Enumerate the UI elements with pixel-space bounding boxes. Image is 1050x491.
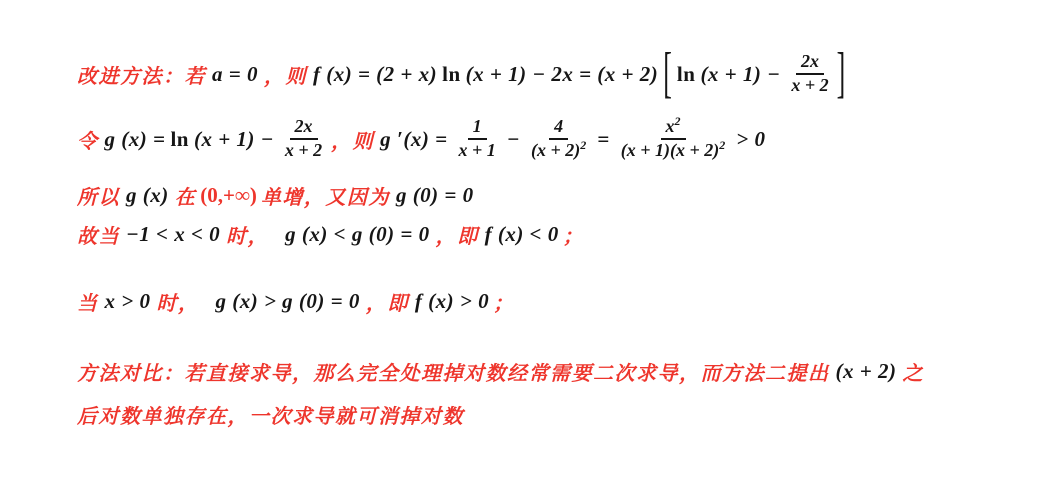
red-text: 所以 — [77, 181, 120, 210]
fraction: 1 x + 1 — [457, 116, 498, 161]
red-text: 当 — [77, 287, 99, 316]
fraction-denominator: x + 2 — [283, 140, 324, 162]
red-text: 故当 — [77, 220, 120, 249]
math-operator: − — [507, 127, 520, 152]
math-expression: f (x) = (2 + x) — [313, 62, 437, 87]
red-punctuation: ； — [493, 287, 515, 316]
math-expression: f (x) > 0 — [415, 289, 489, 314]
math-expression: g (x) < g (0) = 0 — [285, 222, 429, 247]
fraction-numerator: 4 — [549, 116, 568, 140]
fraction-numerator: 1 — [468, 116, 487, 140]
comparison-paragraph-line-1: 方法对比：若直接求导，那么完全处理掉对数经常需要二次求导，而方法二提出 (x +… — [75, 349, 926, 393]
math-function-ln: ln — [170, 127, 189, 152]
math-expression: −1 < x < 0 — [126, 222, 220, 247]
math-expression: (x + 2) — [836, 359, 897, 384]
red-text: 后对数单独存在，一次求导就可消掉对数 — [77, 400, 464, 429]
math-function-ln: ln — [442, 62, 461, 87]
red-text: 时， — [226, 220, 269, 249]
math-function-ln: ln — [677, 62, 696, 87]
fraction-denominator: x + 2 — [789, 75, 830, 97]
exponent: 2 — [675, 114, 681, 128]
denominator-base: (x + 1)(x + 2) — [621, 140, 720, 160]
red-punctuation: ； — [563, 220, 585, 249]
fraction-numerator: 2x — [290, 116, 318, 140]
numerator-base: x — [666, 116, 675, 136]
red-text: 时， — [156, 287, 199, 316]
math-expression: g (x) — [126, 183, 169, 208]
right-bracket: ] — [837, 46, 846, 102]
math-expression: x > 0 — [105, 289, 151, 314]
solution-line-3: 所以 g (x) 在 (0,+∞) 单增，又因为 g (0) = 0 — [75, 175, 478, 215]
math-expression: g (x) > g (0) = 0 — [215, 289, 359, 314]
fraction-denominator: x + 1 — [457, 140, 498, 162]
comparison-paragraph-line-2: 后对数单独存在，一次求导就可消掉对数 — [75, 392, 466, 436]
math-expression: (x + 1) − — [700, 62, 780, 87]
red-text: 之 — [902, 357, 924, 386]
fraction: 2x x + 2 — [789, 51, 830, 96]
math-expression: f (x) < 0 — [485, 222, 559, 247]
fraction-denominator: (x + 1)(x + 2)2 — [619, 140, 728, 162]
exponent: 2 — [580, 138, 586, 152]
fraction-denominator: (x + 2)2 — [529, 140, 588, 162]
fraction: 2x x + 2 — [283, 116, 324, 161]
math-expression: g ′(x) = — [380, 127, 447, 152]
document-page: 改进方法：若 a = 0 ，则 f (x) = (2 + x) ln (x + … — [0, 0, 1050, 491]
math-expression: (x + 1) − 2x = (x + 2) — [466, 62, 659, 87]
denominator-base: (x + 2) — [531, 140, 580, 160]
red-text: ，即 — [436, 220, 479, 249]
exponent: 2 — [719, 138, 725, 152]
red-text: 改进方法：若 — [77, 60, 206, 89]
red-text: 单增，又因为 — [261, 181, 390, 210]
fraction-numerator: 2x — [796, 51, 824, 75]
red-math-interval: (0,+∞) — [200, 183, 257, 208]
solution-line-1: 改进方法：若 a = 0 ，则 f (x) = (2 + x) ln (x + … — [75, 42, 846, 106]
red-text: 方法对比：若直接求导，那么完全处理掉对数经常需要二次求导，而方法二提出 — [77, 357, 830, 386]
math-expression: (x + 1) − — [194, 127, 274, 152]
red-text: ，则 — [264, 60, 307, 89]
math-expression: g (0) = 0 — [396, 183, 474, 208]
math-expression: > 0 — [736, 127, 765, 152]
red-text: 在 — [175, 181, 197, 210]
math-expression: g (x) = — [105, 127, 166, 152]
fraction: 4 (x + 2)2 — [529, 116, 588, 161]
left-bracket: [ — [663, 46, 672, 102]
solution-line-2: 令 g (x) = ln (x + 1) − 2x x + 2 ，则 g ′(x… — [75, 104, 769, 174]
red-text: 令 — [77, 125, 99, 154]
fraction: x2 (x + 1)(x + 2)2 — [619, 116, 728, 161]
solution-line-5: 当 x > 0 时， g (x) > g (0) = 0 ，即 f (x) > … — [75, 279, 517, 323]
solution-line-4: 故当 −1 < x < 0 时， g (x) < g (0) = 0 ，即 f … — [75, 212, 586, 256]
math-operator: = — [597, 127, 609, 152]
red-text: ，即 — [366, 287, 409, 316]
red-text: ，则 — [331, 125, 374, 154]
math-expression: a = 0 — [212, 62, 258, 87]
bracketed-expression: [ ln (x + 1) − 2x x + 2 ] — [662, 51, 846, 96]
fraction-numerator: x2 — [661, 116, 686, 140]
